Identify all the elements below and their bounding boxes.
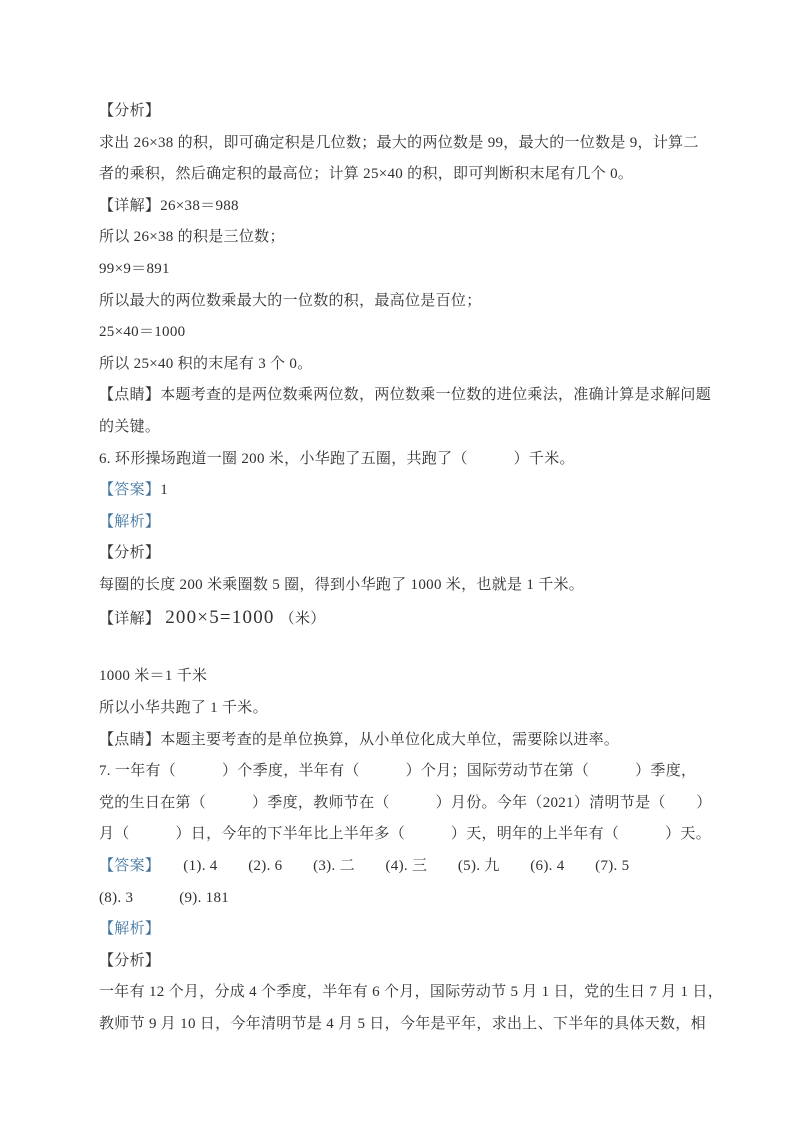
line-text: 者的乘积，然后确定积的最高位；计算 25×40 的积，即可判断积末尾有几个 0。 — [99, 166, 633, 182]
line-text: 所以最大的两位数乘最大的一位数的积，最高位是百位； — [99, 293, 482, 309]
analysis-label-q5: 【分析】 — [99, 96, 693, 128]
equation-text: 200×5=1000 — [165, 607, 274, 628]
detail-q5-line3: 99×9＝891 — [99, 254, 693, 286]
line-text: 【点睛】本题主要考查的是单位换算，从小单位化成大单位，需要除以进率。 — [99, 732, 619, 748]
detail-label: 【详解】 — [99, 611, 160, 627]
detail-q5-line1: 【详解】26×38＝988 — [99, 191, 693, 223]
line-text: 【分析】 — [99, 103, 160, 119]
question-7-line1: 7. 一年有（ ）个季度，半年有（ ）个月；国际劳动节在第（ ）季度， — [99, 756, 693, 788]
line-text: 【点睛】本题考查的是两位数乘两位数，两位数乘一位数的进位乘法，准确计算是求解问题 — [99, 387, 711, 403]
analysis-text-q7-line1: 一年有 12 个月，分成 4 个季度，半年有 6 个月，国际劳动节 5 月 1 … — [99, 977, 693, 1009]
answer-line-q7-2: (8). 3 (9). 181 — [99, 883, 693, 915]
question-7-line2: 党的生日在第（ ）季度，教师节在（ ）月份。今年（2021）清明节是（ ） — [99, 788, 693, 820]
comment-q5-line1: 【点睛】本题考查的是两位数乘两位数，两位数乘一位数的进位乘法，准确计算是求解问题 — [99, 380, 693, 412]
line-text: 99×9＝891 — [99, 261, 170, 277]
line-text: 7. 一年有（ ）个季度，半年有（ ）个月；国际劳动节在第（ ）季度， — [99, 763, 696, 779]
analysis-text-q6: 每圈的长度 200 米乘圈数 5 圈，得到小华跑了 1000 米，也就是 1 千… — [99, 570, 693, 602]
line-text: 党的生日在第（ ）季度，教师节在（ ）月份。今年（2021）清明节是（ ） — [99, 795, 712, 811]
line-text: 6. 环形操场跑道一圈 200 米，小华跑了五圈，共跑了（ ）千米。 — [99, 451, 575, 467]
detail-q5-line2: 所以 26×38 的积是三位数； — [99, 222, 693, 254]
line-text: 一年有 12 个月，分成 4 个季度，半年有 6 个月，国际劳动节 5 月 1 … — [99, 984, 723, 1000]
answer-value: 1 — [160, 482, 168, 498]
equation-unit: （米） — [280, 611, 326, 627]
answer-label: 【答案】 — [99, 858, 153, 874]
line-text: 25×40＝1000 — [99, 324, 185, 340]
answer-values: (1). 4 (2). 6 (3). 二 (4). 三 (5). 九 (6). … — [153, 858, 630, 874]
line-text: 【详解】26×38＝988 — [99, 198, 239, 214]
comment-q6: 【点睛】本题主要考查的是单位换算，从小单位化成大单位，需要除以进率。 — [99, 725, 693, 757]
explanation-label-q6: 【解析】 — [99, 507, 693, 539]
explanation-label-q7: 【解析】 — [99, 914, 693, 946]
line-text: 每圈的长度 200 米乘圈数 5 圈，得到小华跑了 1000 米，也就是 1 千… — [99, 577, 584, 593]
line-text: 1000 米＝1 千米 — [99, 668, 207, 684]
line-text: 所以小华共跑了 1 千米。 — [99, 700, 268, 716]
line-text: 所以 26×38 的积是三位数； — [99, 229, 285, 245]
line-text: 月（ ）日，今年的下半年比上半年多（ ）天，明年的上半年有（ ）天。 — [99, 826, 711, 842]
answer-label: 【答案】 — [99, 482, 160, 498]
explanation-label: 【解析】 — [99, 921, 160, 937]
comment-q5-line2: 的关键。 — [99, 412, 693, 444]
analysis-label-q6: 【分析】 — [99, 538, 693, 570]
line-text: 教师节 9 月 10 日，今年清明节是 4 月 5 日，今年是平年，求出上、下半… — [99, 1016, 706, 1032]
question-7-line3: 月（ ）日，今年的下半年比上半年多（ ）天，明年的上半年有（ ）天。 — [99, 819, 693, 851]
detail-q6-line2: 1000 米＝1 千米 — [99, 661, 693, 693]
detail-q6-line3: 所以小华共跑了 1 千米。 — [99, 693, 693, 725]
analysis-text-q5-line1: 求出 26×38 的积，即可确定积是几位数；最大的两位数是 99，最大的一位数是… — [99, 128, 693, 160]
answer-line-q7-1: 【答案】 (1). 4 (2). 6 (3). 二 (4). 三 (5). 九 … — [99, 851, 693, 883]
analysis-text-q5-line2: 者的乘积，然后确定积的最高位；计算 25×40 的积，即可判断积末尾有几个 0。 — [99, 159, 693, 191]
document-page: 【分析】 求出 26×38 的积，即可确定积是几位数；最大的两位数是 99，最大… — [99, 96, 693, 1041]
analysis-label-q7: 【分析】 — [99, 946, 693, 978]
detail-q5-line5: 25×40＝1000 — [99, 317, 693, 349]
detail-equation-q6: 【详解】200×5=1000（米） — [99, 602, 693, 636]
line-text: 【分析】 — [99, 953, 160, 969]
line-text: 求出 26×38 的积，即可确定积是几位数；最大的两位数是 99，最大的一位数是… — [99, 135, 699, 151]
line-text: 【分析】 — [99, 545, 160, 561]
line-text: 所以 25×40 积的末尾有 3 个 0。 — [99, 356, 313, 372]
answer-line-q6: 【答案】1 — [99, 475, 693, 507]
line-text: 的关键。 — [99, 419, 160, 435]
question-6-text: 6. 环形操场跑道一圈 200 米，小华跑了五圈，共跑了（ ）千米。 — [99, 444, 693, 476]
detail-q5-line6: 所以 25×40 积的末尾有 3 个 0。 — [99, 349, 693, 381]
analysis-text-q7-line2: 教师节 9 月 10 日，今年清明节是 4 月 5 日，今年是平年，求出上、下半… — [99, 1009, 693, 1041]
explanation-label: 【解析】 — [99, 514, 160, 530]
answer-values: (8). 3 (9). 181 — [99, 890, 229, 906]
detail-q5-line4: 所以最大的两位数乘最大的一位数的积，最高位是百位； — [99, 286, 693, 318]
